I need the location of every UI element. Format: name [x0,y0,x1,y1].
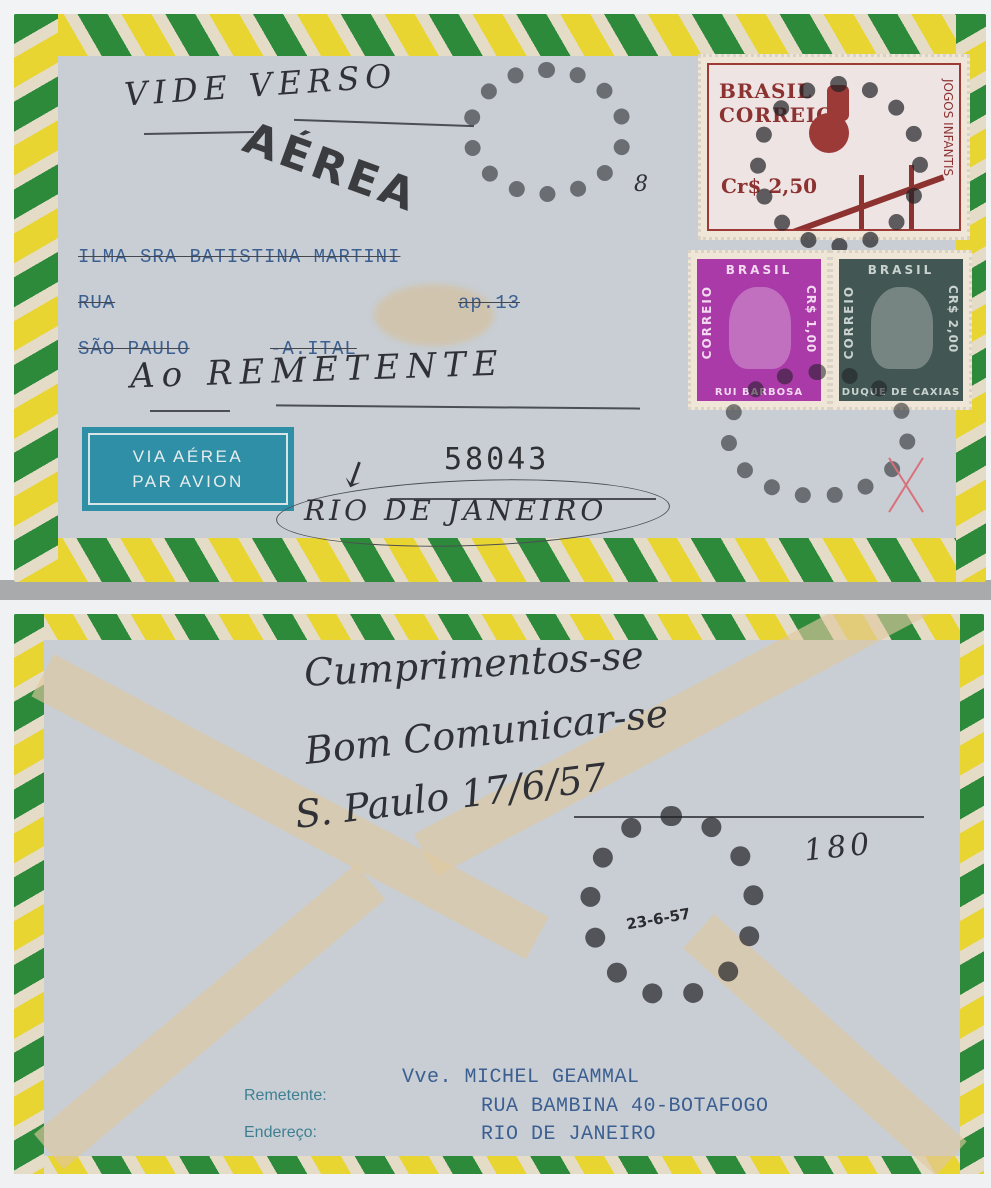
addressee-name: ILMA SRA BATISTINA MARTINI [78,246,400,268]
underline [574,816,924,818]
airmail-stripe-bottom [14,1156,984,1174]
stamp-label: CORREIO [700,285,714,359]
stamp-country: BRASIL [839,263,963,277]
envelope-back: Cumprimentos-se Bom Comunicar-se S. Paul… [14,614,984,1174]
stamp-value: CR$ 1,00 [804,285,818,353]
airmail-label-line1: VIA AÉREA [133,444,243,469]
airmail-stripe-top [14,14,986,56]
underline [150,410,230,412]
sender-name: Vve. MICHEL GEAMMAL [402,1066,640,1089]
stamp-value: CR$ 2,00 [946,285,960,353]
pencil-mark: 8 [634,172,648,197]
airmail-label: VIA AÉREA PAR AVION [82,427,294,511]
postmark-lower [720,364,916,504]
envelope-front: VIDE VERSO AÉREA 8 BRASIL CORREIO JOGOS … [14,14,986,582]
registration-number: 58043 [444,442,549,477]
endereco-label: Endereço: [244,1124,317,1142]
addressee-apartment: ap.13 [458,292,520,314]
postmark-on-stamp [750,76,928,254]
airmail-stripe-right [960,614,984,1174]
remetente-label: Remetente: [244,1087,327,1105]
sender-city: RIO DE JANEIRO [481,1123,656,1146]
postmark-back [580,806,764,1006]
pencil-note: 180 [802,826,875,868]
portrait-icon [871,287,933,369]
postmark-faint [462,62,632,202]
stamp-country: BRASIL [697,263,821,277]
portrait-icon [729,287,791,369]
handwritten-rio-de-janeiro: RIO DE JANEIRO [304,494,607,527]
addressee-street: RUA [78,292,115,314]
scan-divider [0,580,991,602]
sender-street: RUA BAMBINA 40-BOTAFOGO [481,1095,769,1118]
stamp-label: CORREIO [842,285,856,359]
airmail-stripe-left [14,14,58,582]
airmail-label-line2: PAR AVION [132,469,244,494]
stamp-side-text: JOGOS INFANTIS [941,79,955,176]
